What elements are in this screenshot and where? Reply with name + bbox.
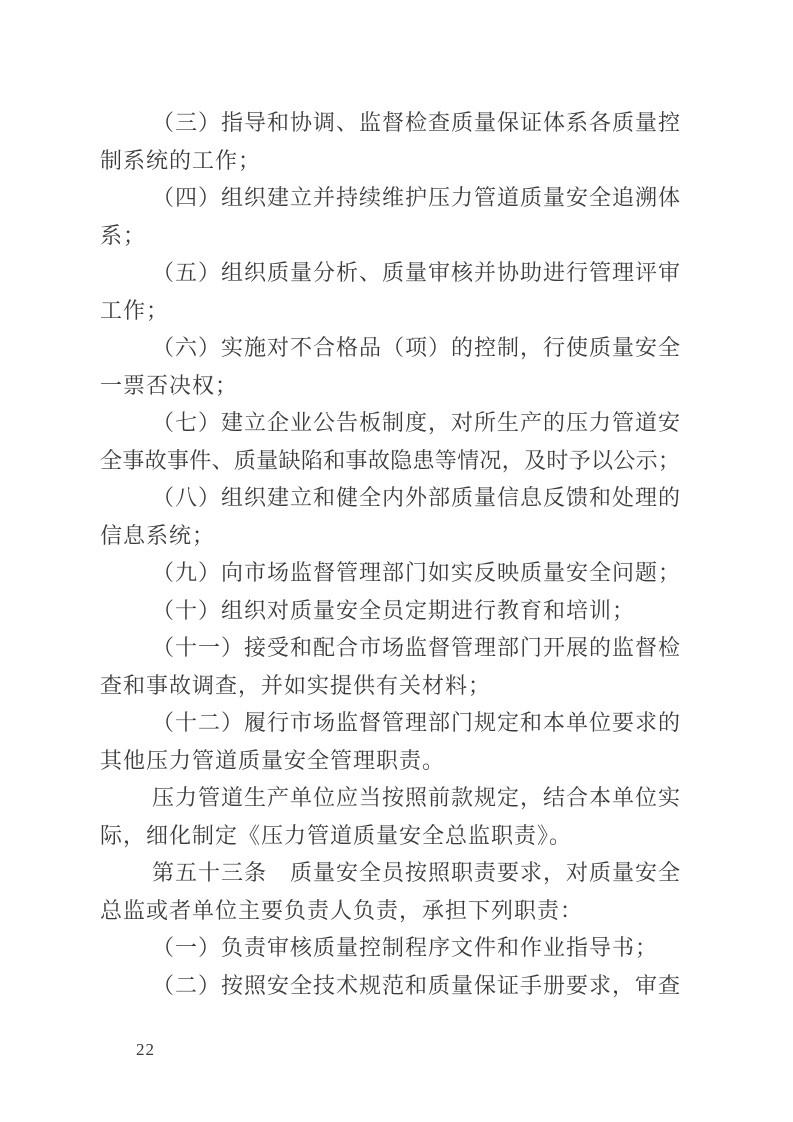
document-line: （一）负责审核质量控制程序文件和作业指导书； — [100, 929, 680, 967]
document-body: （三）指导和协调、监督检查质量保证体系各质量控制系统的工作；（四）组织建立并持续… — [100, 104, 680, 1004]
document-line: （五）组织质量分析、质量审核并协助进行管理评审 — [100, 254, 680, 292]
document-line: （十二）履行市场监督管理部门规定和本单位要求的 — [100, 704, 680, 742]
document-line: 制系统的工作； — [100, 142, 680, 180]
document-line: （七）建立企业公告板制度，对所生产的压力管道安 — [100, 404, 680, 442]
document-line: （八）组织建立和健全内外部质量信息反馈和处理的 — [100, 479, 680, 517]
document-page: （三）指导和协调、监督检查质量保证体系各质量控制系统的工作；（四）组织建立并持续… — [0, 0, 793, 1122]
document-line: 系； — [100, 217, 680, 255]
document-line: （三）指导和协调、监督检查质量保证体系各质量控 — [100, 104, 680, 142]
document-line: 信息系统； — [100, 517, 680, 555]
document-line: 际，细化制定《压力管道质量安全总监职责》。 — [100, 817, 680, 855]
document-line: 第五十三条 质量安全员按照职责要求，对质量安全 — [100, 854, 680, 892]
document-line: （六）实施对不合格品（项）的控制，行使质量安全 — [100, 329, 680, 367]
document-line: 总监或者单位主要负责人负责，承担下列职责： — [100, 892, 680, 930]
document-line: （四）组织建立并持续维护压力管道质量安全追溯体 — [100, 179, 680, 217]
document-line: （十）组织对质量安全员定期进行教育和培训； — [100, 592, 680, 630]
document-line: （二）按照安全技术规范和质量保证手册要求，审查 — [100, 967, 680, 1005]
document-line: 一票否决权； — [100, 367, 680, 405]
document-line: 全事故事件、质量缺陷和事故隐患等情况，及时予以公示； — [100, 442, 680, 480]
page-number: 22 — [136, 1040, 155, 1060]
document-line: 压力管道生产单位应当按照前款规定，结合本单位实 — [100, 779, 680, 817]
document-line: 查和事故调查，并如实提供有关材料； — [100, 667, 680, 705]
document-line: （九）向市场监督管理部门如实反映质量安全问题； — [100, 554, 680, 592]
document-line: 其他压力管道质量安全管理职责。 — [100, 742, 680, 780]
document-line: （十一）接受和配合市场监督管理部门开展的监督检 — [100, 629, 680, 667]
document-line: 工作； — [100, 292, 680, 330]
